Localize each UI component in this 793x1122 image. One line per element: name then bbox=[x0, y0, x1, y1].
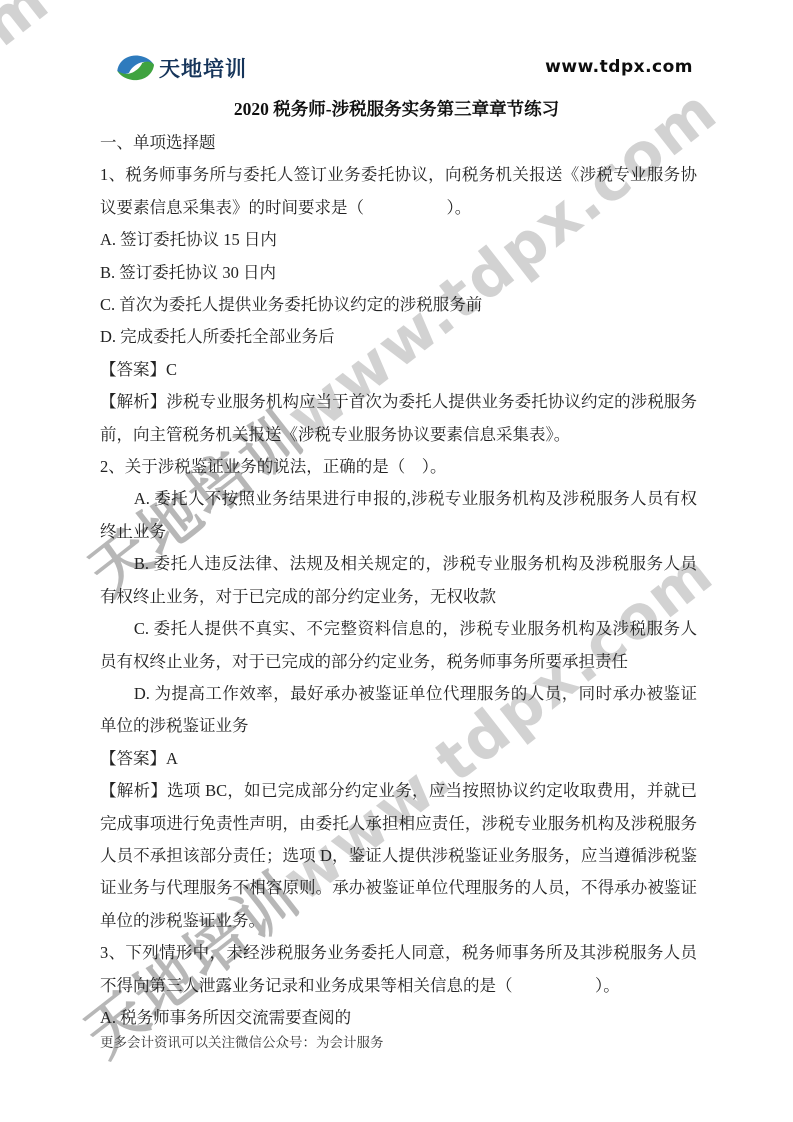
paragraph: A. 税务师事务所因交流需要查阅的 bbox=[100, 1002, 697, 1034]
page-title: 2020 税务师-涉税服务实务第三章章节练习 bbox=[0, 96, 793, 121]
document-page: 天地培训www.tdpx.com 天地培训www.tdpx.com 天地培训ww… bbox=[0, 0, 793, 1122]
paragraph: 【解析】选项 BC，如已完成部分约定业务，应当按照协议约定收取费用，并就已完成事… bbox=[100, 775, 697, 937]
paragraph: 【解析】涉税专业服务机构应当于首次为委托人提供业务委托协议约定的涉税服务前，向主… bbox=[100, 386, 697, 451]
logo-swirl-icon bbox=[114, 52, 156, 83]
paragraph: 3、下列情形中，未经涉税服务业务委托人同意，税务师事务所及其涉税服务人员不得向第… bbox=[100, 937, 697, 1002]
paragraph: D. 完成委托人所委托全部业务后 bbox=[100, 321, 697, 353]
paragraph: 2、关于涉税鉴证业务的说法，正确的是（ ）。 bbox=[100, 451, 697, 483]
paragraph: A. 委托人不按照业务结果进行申报的,涉税专业服务机构及涉税服务人员有权终止业务 bbox=[100, 483, 697, 548]
paragraph: C. 首次为委托人提供业务委托协议约定的涉税服务前 bbox=[100, 289, 697, 321]
paragraph: C. 委托人提供不真实、不完整资料信息的，涉税专业服务机构及涉税服务人员有权终止… bbox=[100, 613, 697, 678]
document-body: 一、单项选择题1、税务师事务所与委托人签订业务委托协议，向税务机关报送《涉税专业… bbox=[100, 127, 697, 1034]
paragraph: B. 签订委托协议 30 日内 bbox=[100, 257, 697, 289]
paragraph: A. 签订委托协议 15 日内 bbox=[100, 224, 697, 256]
site-url-text: www.tdpx.com bbox=[545, 57, 693, 77]
footer-note: 更多会计资讯可以关注微信公众号：为会计服务 bbox=[100, 1031, 384, 1051]
paragraph: 【答案】C bbox=[100, 354, 697, 386]
logo-text: 天地培训 bbox=[159, 53, 247, 83]
paragraph: 1、税务师事务所与委托人签订业务委托协议，向税务机关报送《涉税专业服务协议要素信… bbox=[100, 159, 697, 224]
paragraph: B. 委托人违反法律、法规及相关规定的，涉税专业服务机构及涉税服务人员有权终止业… bbox=[100, 548, 697, 613]
paragraph: 【答案】A bbox=[100, 743, 697, 775]
paragraph: 一、单项选择题 bbox=[100, 127, 697, 159]
brand-logo: 天地培训 bbox=[114, 52, 247, 83]
page-header: 天地培训 www.tdpx.com bbox=[0, 0, 793, 95]
paragraph: D. 为提高工作效率，最好承办被鉴证单位代理服务的人员，同时承办被鉴证单位的涉税… bbox=[100, 678, 697, 743]
